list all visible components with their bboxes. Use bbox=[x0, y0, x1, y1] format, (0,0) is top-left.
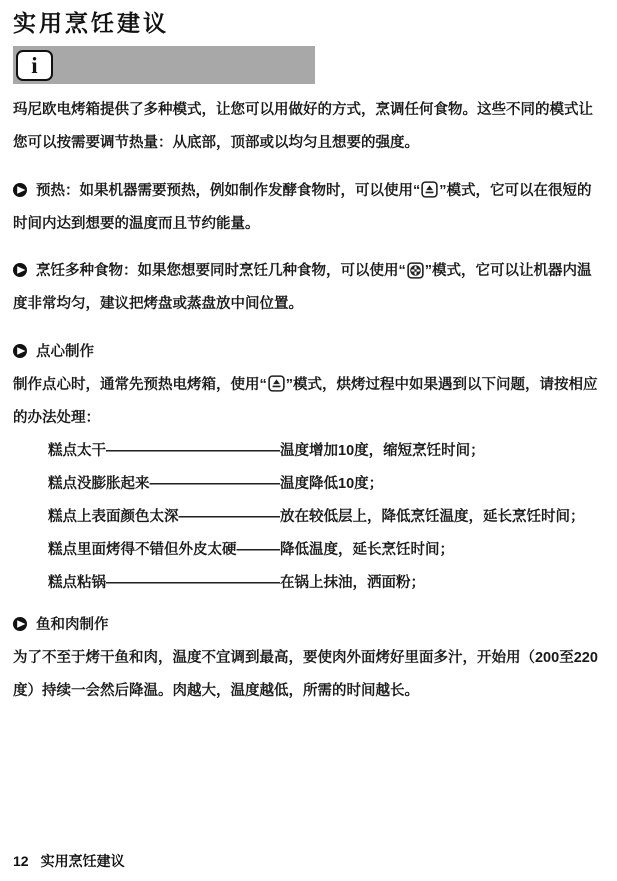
play-bullet-icon bbox=[13, 183, 27, 197]
oven-mode-fan-icon bbox=[407, 262, 424, 279]
page-title: 实用烹饪建议 bbox=[13, 8, 603, 38]
meat-section: 鱼和肉制作 为了不至于烤干鱼和肉，温度不宜调到最高，要使肉外面烤好里面多汁，开始… bbox=[13, 609, 603, 708]
intro-paragraph: 玛尼欧电烤箱提供了多种模式，让您可以用做好的方式，烹调任何食物。这些不同的模式让… bbox=[13, 94, 603, 160]
meat-section-body: 为了不至于烤干鱼和肉，温度不宜调到最高，要使肉外面烤好里面多汁，开始用（200至… bbox=[13, 642, 603, 708]
oven-mode-bake-icon bbox=[268, 375, 285, 392]
oven-mode-bake-icon bbox=[421, 181, 438, 198]
meat-section-heading-row: 鱼和肉制作 bbox=[13, 609, 603, 642]
bullet-preheat: 预热：如果机器需要预热，例如制作发酵食物时，可以使用“”模式，它可以在很短的时间… bbox=[13, 175, 603, 241]
tip-line: 糕点上表面颜色太深———————放在较低层上，降低烹饪温度，延长烹饪时间； bbox=[48, 501, 603, 534]
play-bullet-icon bbox=[13, 344, 27, 358]
tip-line: 糕点没膨胀起来—————————温度降低10度； bbox=[48, 468, 603, 501]
tip-line: 糕点粘锅————————————在锅上抹油，洒面粉； bbox=[48, 567, 603, 600]
pastry-section: 点心制作 制作点心时，通常先预热电烤箱，使用“”模式，烘烤过程中如果遇到以下问题… bbox=[13, 336, 603, 600]
bullet-multi-food: 烹饪多种食物：如果您想要同时烹饪几种食物，可以使用“”模式，它可以让机器内温度非… bbox=[13, 255, 603, 321]
play-bullet-icon bbox=[13, 617, 27, 631]
tip-line: 糕点里面烤得不错但外皮太硬———降低温度，延长烹饪时间； bbox=[48, 534, 603, 567]
info-icon: i bbox=[16, 50, 53, 81]
manual-page: 实用烹饪建议 i 玛尼欧电烤箱提供了多种模式，让您可以用做好的方式，烹调任何食物… bbox=[0, 0, 617, 881]
bullet-text-before: 预热：如果机器需要预热，例如制作发酵食物时，可以使用“ bbox=[36, 183, 420, 199]
section-text-before: 制作点心时，通常先预热电烤箱，使用“ bbox=[13, 377, 267, 393]
pastry-section-body: 制作点心时，通常先预热电烤箱，使用“”模式，烘烤过程中如果遇到以下问题，请按相应… bbox=[13, 369, 603, 435]
play-bullet-icon bbox=[13, 263, 27, 277]
section-heading: 鱼和肉制作 bbox=[36, 617, 109, 633]
info-banner: i bbox=[13, 46, 315, 84]
bullet-text-before: 烹饪多种食物：如果您想要同时烹饪几种食物，可以使用“ bbox=[36, 263, 406, 279]
pastry-section-heading-row: 点心制作 bbox=[13, 336, 603, 369]
tip-line: 糕点太干————————————温度增加10度，缩短烹饪时间； bbox=[48, 435, 603, 468]
footer-page-number: 12 bbox=[13, 853, 29, 869]
footer-section-label: 实用烹饪建议 bbox=[41, 853, 125, 869]
page-content: 实用烹饪建议 i 玛尼欧电烤箱提供了多种模式，让您可以用做好的方式，烹调任何食物… bbox=[0, 0, 617, 708]
section-heading: 点心制作 bbox=[36, 344, 94, 360]
page-footer: 12实用烹饪建议 bbox=[13, 851, 125, 871]
